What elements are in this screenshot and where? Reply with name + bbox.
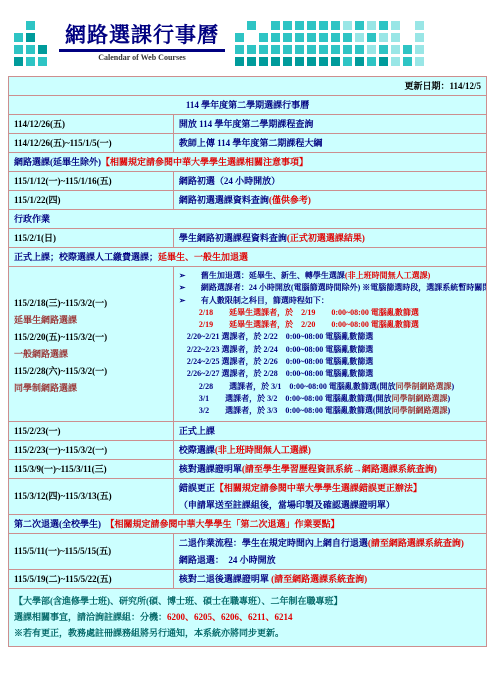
pixel-square	[38, 21, 47, 30]
date-cell: 114/12/26(五)~115/1/5(一)	[9, 134, 174, 153]
text-line: 2/26~2/27 選課者，於 2/28 0:00~08:00 電腦亂數篩選	[179, 368, 481, 380]
date-cell: 115/2/18(三)~115/3/2(一)延畢生網路選課115/2/20(五)…	[9, 267, 174, 422]
text-segment: (正式初選選課結果)	[287, 233, 365, 243]
table-row: 115/5/19(二)~115/5/22(五)核對二退後選課證明單 (請至網路選…	[9, 569, 487, 588]
text-segment: 2/28 選課者，於 3/1 0:00~08:00 電腦亂數篩選(開放	[199, 382, 396, 391]
table-row: 114/12/26(五)~115/1/5(一)教師上傳 114 學年度第二期課程…	[9, 134, 487, 153]
text-segment: 網路選課(延畢生除外)	[14, 157, 101, 167]
text-line: 錯誤更正【相關規定請參閱中華大學學生選課錯誤更正辦法】	[179, 482, 481, 494]
pixel-square	[367, 45, 376, 54]
text-line: 2/22~2/23 選課者，於 2/24 0:00~08:00 電腦亂數篩選	[179, 344, 481, 356]
pixel-square	[391, 45, 400, 54]
pixel-square	[331, 33, 340, 42]
section-cell: 正式上課；校際選課人工繳費選課；延畢生、一般生加退選	[9, 248, 487, 267]
pixel-square	[283, 21, 292, 30]
pixel-square	[355, 57, 364, 66]
pixel-square	[415, 33, 424, 42]
pixel-square	[415, 57, 424, 66]
date-cell: 115/2/1(日)	[9, 229, 174, 248]
date-cell: 115/3/12(四)~115/3/13(五)	[9, 478, 174, 514]
pixel-square	[247, 33, 256, 42]
pixel-square	[26, 21, 35, 30]
arrow-bullet-icon: ➢	[179, 282, 201, 294]
pixel-square	[331, 21, 340, 30]
text-line: 網路初選選課資料查詢(僅供參考)	[179, 194, 481, 206]
text-segment: 同學制網路選課	[14, 383, 77, 393]
text-segment: 【相關規定請參閱中華大學學生選課錯誤更正辦法】	[215, 483, 422, 493]
pixel-square	[259, 21, 268, 30]
text-line: 教師上傳 114 學年度第二期課程大綱	[179, 137, 481, 149]
text-segment: 開放 114 學年度第二學期課程查詢	[179, 119, 314, 129]
pixel-square	[367, 57, 376, 66]
pixel-square	[14, 57, 23, 66]
pixel-square	[391, 33, 400, 42]
date-cell: 115/1/22(四)	[9, 191, 174, 210]
pixel-square	[271, 45, 280, 54]
text-line: 2/18 延畢生選課者，於 2/19 0:00~08:00 電腦亂數篩選	[179, 307, 481, 319]
pixel-square	[14, 33, 23, 42]
text-segment: 核對選課證明單	[179, 464, 242, 474]
text-line: 正式上課	[179, 425, 481, 437]
date-cell: 115/1/12(一)~115/1/16(五)	[9, 172, 174, 191]
pixel-square	[259, 45, 268, 54]
pixel-square	[26, 33, 35, 42]
pixel-square	[319, 21, 328, 30]
logo-subtitle: Calendar of Web Courses	[59, 52, 225, 62]
text-segment: 3/2 選課者，於 3/3 0:00~08:00 電腦亂數篩選(開放	[199, 406, 392, 415]
pixel-square	[247, 21, 256, 30]
text-segment: 網路初選（24 小時開放）	[179, 176, 280, 186]
footer-line: 選課相關事宜，請洽詢註課組：分機：6200、6205、6206、6211、621…	[14, 611, 481, 624]
update-date-label: 更新日期：114/12/5	[9, 77, 487, 96]
pixel-square	[391, 21, 400, 30]
content-cell: 核對選課證明單(請至學生學習歷程資訊系統→網路選課系統查詢)	[173, 459, 486, 478]
text-segment: 學生網路初選課程資料查詢	[179, 233, 287, 243]
text-segment: )	[452, 382, 455, 391]
content-cell: 正式上課	[173, 421, 486, 440]
text-segment: 一般網路選課	[14, 349, 68, 359]
text-line: 同學制網路選課	[14, 382, 168, 395]
pixel-square	[295, 21, 304, 30]
pixel-square	[367, 21, 376, 30]
pixel-art-decoration-left	[14, 21, 47, 66]
text-line: 校際選課(非上班時間無人工選課)	[179, 444, 481, 456]
section-cell: 網路選課(延畢生除外)【相關規定請參閱中華大學學生選課相關注意事項】	[9, 153, 487, 172]
pixel-square	[331, 45, 340, 54]
text-line: 2/28 選課者，於 3/1 0:00~08:00 電腦亂數篩選(開放同學制網路…	[179, 381, 481, 393]
text-segment: 6200、6205、6206、6211、6214	[167, 612, 293, 622]
text-line: ➢舊生加退選：延畢生、新生、轉學生選課(非上班時間無人工選課)	[179, 270, 481, 282]
pixel-square	[307, 57, 316, 66]
text-segment: (請至網路選課系統查詢)	[271, 574, 367, 584]
text-segment: (僅供參考)	[269, 195, 311, 205]
content-cell: 教師上傳 114 學年度第二期課程大綱	[173, 134, 486, 153]
table-row: 115/5/11(一)~115/5/15(五)二退作業流程：學生在規定時間內上網…	[9, 533, 487, 569]
pixel-square	[259, 57, 268, 66]
content-cell: ➢舊生加退選：延畢生、新生、轉學生選課(非上班時間無人工選課)➢網路選課者：24…	[173, 267, 486, 422]
text-segment: 【相關規定請參閱中華大學學生「第二次退選」作業要點】	[110, 519, 340, 529]
pixel-square	[26, 45, 35, 54]
pixel-square	[379, 21, 388, 30]
pixel-square	[259, 33, 268, 42]
text-segment: 網路選課者：24 小時開放(電腦篩選時間除外) ※電腦篩選時段，選課系統暫時關閉	[201, 283, 487, 292]
text-segment: 115/2/20(五)~115/3/2(一)	[14, 332, 107, 342]
pixel-square	[355, 45, 364, 54]
table-row: 第二次退選(全校學生) 【相關規定請參閱中華大學學生「第二次退選」作業要點】	[9, 514, 487, 533]
table-title-row: 114 學年度第二學期選課行事曆	[9, 96, 487, 115]
table-row: 網路選課(延畢生除外)【相關規定請參閱中華大學學生選課相關注意事項】	[9, 153, 487, 172]
text-segment: 行政作業	[14, 214, 50, 224]
text-line: （申請單送至註課組後，當場印製及確認選課證明單）	[179, 499, 481, 511]
table-row: 115/2/1(日)學生網路初選課程資料查詢(正式初選選課結果)	[9, 229, 487, 248]
text-segment: 二退作業流程：學生在規定時間內上網自行退選	[179, 538, 368, 548]
date-cell: 114/12/26(五)	[9, 115, 174, 134]
text-segment: 3/1 選課者，於 3/2 0:00~08:00 電腦亂數篩選(開放	[199, 394, 392, 403]
pixel-square	[283, 33, 292, 42]
pixel-square	[343, 57, 352, 66]
pixel-square	[295, 57, 304, 66]
text-line: 2/19 延畢生選課者，於 2/20 0:00~08:00 電腦亂數篩選	[179, 319, 481, 331]
text-segment: ※若有更正，教務處註冊課務組將另行通知，本系統亦將同步更新。	[14, 628, 284, 638]
table-row: 115/1/12(一)~115/1/16(五)網路初選（24 小時開放）	[9, 172, 487, 191]
date-cell: 115/2/23(一)	[9, 421, 174, 440]
calendar-table: 更新日期：114/12/5 114 學年度第二學期選課行事曆 114/12/26…	[8, 76, 487, 647]
pixel-square	[355, 33, 364, 42]
table-row: 正式上課；校際選課人工繳費選課；延畢生、一般生加退選	[9, 248, 487, 267]
pixel-square	[14, 21, 23, 30]
table-row: 115/3/12(四)~115/3/13(五)錯誤更正【相關規定請參閱中華大學學…	[9, 478, 487, 514]
text-segment: 選課相關事宜，請洽詢註課組：分機：	[14, 612, 167, 622]
pixel-square	[307, 21, 316, 30]
text-segment: 2/20~2/21 選課者，於 2/22 0:00~08:00 電腦亂數篩選	[187, 332, 373, 341]
text-segment: 115/2/28(六)~115/3/2(一)	[14, 366, 107, 376]
text-line: 二退作業流程：學生在規定時間內上網自行退選(請至網路選課系統查詢)	[179, 537, 481, 549]
text-segment: 網路退選： 24 小時開放	[179, 555, 276, 565]
date-cell: 115/3/9(一)~115/3/11(三)	[9, 459, 174, 478]
pixel-square	[403, 57, 412, 66]
calendar-table-body: 更新日期：114/12/5 114 學年度第二學期選課行事曆 114/12/26…	[9, 77, 487, 647]
content-cell: 錯誤更正【相關規定請參閱中華大學學生選課錯誤更正辦法】（申請單送至註課組後，當場…	[173, 478, 486, 514]
arrow-bullet-icon: ➢	[179, 295, 201, 307]
text-segment: 2/22~2/23 選課者，於 2/24 0:00~08:00 電腦亂數篩選	[187, 345, 373, 354]
pixel-square	[295, 45, 304, 54]
text-segment: 2/24~2/25 選課者，於 2/26 0:00~08:00 電腦亂數篩選	[187, 357, 373, 366]
arrow-bullet-icon: ➢	[179, 270, 201, 282]
pixel-square	[319, 57, 328, 66]
pixel-square	[38, 45, 47, 54]
text-segment: 延畢生、一般生加退選	[158, 252, 248, 262]
text-segment: (非上班時間無人工選課)	[345, 271, 430, 280]
content-cell: 開放 114 學年度第二學期課程查詢	[173, 115, 486, 134]
pixel-square	[247, 45, 256, 54]
footer-note: 【大學部(含進修學士班)、研究所(碩、博士班、碩士在職專班）、二年制在職專班】選…	[9, 588, 487, 646]
table-row: 行政作業	[9, 210, 487, 229]
pixel-square	[415, 45, 424, 54]
pixel-square	[415, 21, 424, 30]
footer-note-row: 【大學部(含進修學士班)、研究所(碩、博士班、碩士在職專班）、二年制在職專班】選…	[9, 588, 487, 646]
pixel-square	[403, 33, 412, 42]
table-row: 115/2/23(一)正式上課	[9, 421, 487, 440]
logo-title: 網路選課行事曆	[59, 24, 225, 51]
text-segment: 2/18 延畢生選課者，於 2/19 0:00~08:00 電腦亂數篩選	[199, 308, 419, 317]
footer-line: 【大學部(含進修學士班)、研究所(碩、博士班、碩士在職專班）、二年制在職專班】	[14, 595, 481, 608]
text-line: 3/2 選課者，於 3/3 0:00~08:00 電腦亂數篩選(開放同學制網路選…	[179, 405, 481, 417]
text-segment: 舊生加退選：延畢生、新生、轉學生選課	[201, 271, 345, 280]
pixel-square	[343, 21, 352, 30]
section-cell: 行政作業	[9, 210, 487, 229]
text-segment: 【大學部(含進修學士班)、研究所(碩、博士班、碩士在職專班）、二年制在職專班】	[14, 596, 343, 606]
pixel-square	[295, 33, 304, 42]
text-line: 開放 114 學年度第二學期課程查詢	[179, 118, 481, 130]
text-segment: 同學制網路選課	[392, 406, 448, 415]
section-cell: 第二次退選(全校學生) 【相關規定請參閱中華大學學生「第二次退選」作業要點】	[9, 514, 487, 533]
text-line: 一般網路選課	[14, 348, 168, 361]
text-line: 學生網路初選課程資料查詢(正式初選選課結果)	[179, 232, 481, 244]
text-segment: 正式上課	[179, 426, 215, 436]
pixel-square	[247, 57, 256, 66]
text-segment: 延畢生網路選課	[14, 315, 77, 325]
pixel-square	[307, 33, 316, 42]
pixel-square	[319, 33, 328, 42]
pixel-square	[38, 33, 47, 42]
date-cell: 115/2/23(一)~115/3/2(一)	[9, 440, 174, 459]
text-segment: (非上班時間無人工選課)	[215, 445, 311, 455]
text-segment: 第二次退選(全校學生)	[14, 519, 110, 529]
text-line: 3/1 選課者，於 3/2 0:00~08:00 電腦亂數篩選(開放同學制網路選…	[179, 393, 481, 405]
page-header: 網路選課行事曆 Calendar of Web Courses	[0, 0, 495, 74]
update-date-row: 更新日期：114/12/5	[9, 77, 487, 96]
text-line: 網路初選（24 小時開放）	[179, 175, 481, 187]
pixel-square	[343, 33, 352, 42]
pixel-square	[367, 33, 376, 42]
date-cell: 115/5/11(一)~115/5/15(五)	[9, 533, 174, 569]
text-line: 延畢生網路選課	[14, 314, 168, 327]
text-line: 115/2/20(五)~115/3/2(一)	[14, 331, 168, 344]
pixel-square	[283, 57, 292, 66]
footer-line: ※若有更正，教務處註冊課務組將另行通知，本系統亦將同步更新。	[14, 627, 481, 640]
table-row: 115/2/23(一)~115/3/2(一)校際選課(非上班時間無人工選課)	[9, 440, 487, 459]
pixel-square	[355, 21, 364, 30]
text-segment: 【相關規定請參閱中華大學學生選課相關注意事項】	[101, 157, 308, 167]
text-segment: 有人數限制之科目，篩選時程如下：	[201, 296, 329, 305]
pixel-square	[379, 57, 388, 66]
pixel-square	[271, 33, 280, 42]
pixel-square	[271, 21, 280, 30]
pixel-square	[235, 45, 244, 54]
pixel-square	[271, 57, 280, 66]
text-segment: 正式上課；校際選課人工繳費選課；	[14, 252, 158, 262]
table-row: 115/3/9(一)~115/3/11(三)核對選課證明單(請至學生學習歷程資訊…	[9, 459, 487, 478]
table-row: 114/12/26(五)開放 114 學年度第二學期課程查詢	[9, 115, 487, 134]
pixel-square	[26, 57, 35, 66]
table-title: 114 學年度第二學期選課行事曆	[9, 96, 487, 115]
site-logo: 網路選課行事曆 Calendar of Web Courses	[59, 24, 225, 61]
text-segment: 2/26~2/27 選課者，於 2/28 0:00~08:00 電腦亂數篩選	[187, 369, 373, 378]
pixel-square	[14, 45, 23, 54]
text-line: ➢網路選課者：24 小時開放(電腦篩選時間除外) ※電腦篩選時段，選課系統暫時關…	[179, 282, 481, 294]
text-segment: )	[448, 394, 451, 403]
pixel-square	[343, 45, 352, 54]
text-segment: 同學制網路選課	[396, 382, 452, 391]
pixel-art-decoration-right	[235, 21, 424, 66]
text-line: 115/2/28(六)~115/3/2(一)	[14, 365, 168, 378]
text-line: 網路退選： 24 小時開放	[179, 554, 481, 566]
content-cell: 網路初選（24 小時開放）	[173, 172, 486, 191]
text-segment: (請至學生學習歷程資訊系統→網路選課系統查詢)	[242, 464, 437, 474]
content-cell: 二退作業流程：學生在規定時間內上網自行退選(請至網路選課系統查詢)網路退選： 2…	[173, 533, 486, 569]
pixel-square	[235, 33, 244, 42]
pixel-square	[307, 45, 316, 54]
pixel-square	[319, 45, 328, 54]
text-line: 核對二退後選課證明單 (請至網路選課系統查詢)	[179, 573, 481, 585]
text-segment: 網路初選選課資料查詢	[179, 195, 269, 205]
content-cell: 學生網路初選課程資料查詢(正式初選選課結果)	[173, 229, 486, 248]
table-row: 115/2/18(三)~115/3/2(一)延畢生網路選課115/2/20(五)…	[9, 267, 487, 422]
content-cell: 網路初選選課資料查詢(僅供參考)	[173, 191, 486, 210]
content-cell: 核對二退後選課證明單 (請至網路選課系統查詢)	[173, 569, 486, 588]
text-segment: 教師上傳 114 學年度第二期課程大綱	[179, 138, 323, 148]
text-segment: 2/19 延畢生選課者，於 2/20 0:00~08:00 電腦亂數篩選	[199, 320, 419, 329]
text-segment: 同學制網路選課	[392, 394, 448, 403]
text-segment: (請至網路選課系統查詢)	[368, 538, 464, 548]
text-line: 2/24~2/25 選課者，於 2/26 0:00~08:00 電腦亂數篩選	[179, 356, 481, 368]
pixel-square	[283, 45, 292, 54]
text-segment: 核對二退後選課證明單	[179, 574, 271, 584]
pixel-square	[38, 57, 47, 66]
text-line: 2/20~2/21 選課者，於 2/22 0:00~08:00 電腦亂數篩選	[179, 331, 481, 343]
pixel-square	[403, 45, 412, 54]
pixel-square	[379, 33, 388, 42]
pixel-square	[379, 45, 388, 54]
table-row: 115/1/22(四)網路初選選課資料查詢(僅供參考)	[9, 191, 487, 210]
pixel-square	[235, 21, 244, 30]
text-line: 核對選課證明單(請至學生學習歷程資訊系統→網路選課系統查詢)	[179, 463, 481, 475]
text-segment: 校際選課	[179, 445, 215, 455]
pixel-square	[331, 57, 340, 66]
date-cell: 115/5/19(二)~115/5/22(五)	[9, 569, 174, 588]
pixel-square	[235, 57, 244, 66]
text-line: 115/2/18(三)~115/3/2(一)	[14, 297, 168, 310]
content-cell: 校際選課(非上班時間無人工選課)	[173, 440, 486, 459]
text-segment: )	[448, 406, 451, 415]
text-line: ➢有人數限制之科目，篩選時程如下：	[179, 295, 481, 307]
text-segment: （申請單送至註課組後，當場印製及確認選課證明單）	[179, 500, 395, 510]
text-segment: 錯誤更正	[179, 483, 215, 493]
text-segment: 115/2/18(三)~115/3/2(一)	[14, 298, 107, 308]
pixel-square	[403, 21, 412, 30]
pixel-square	[391, 57, 400, 66]
